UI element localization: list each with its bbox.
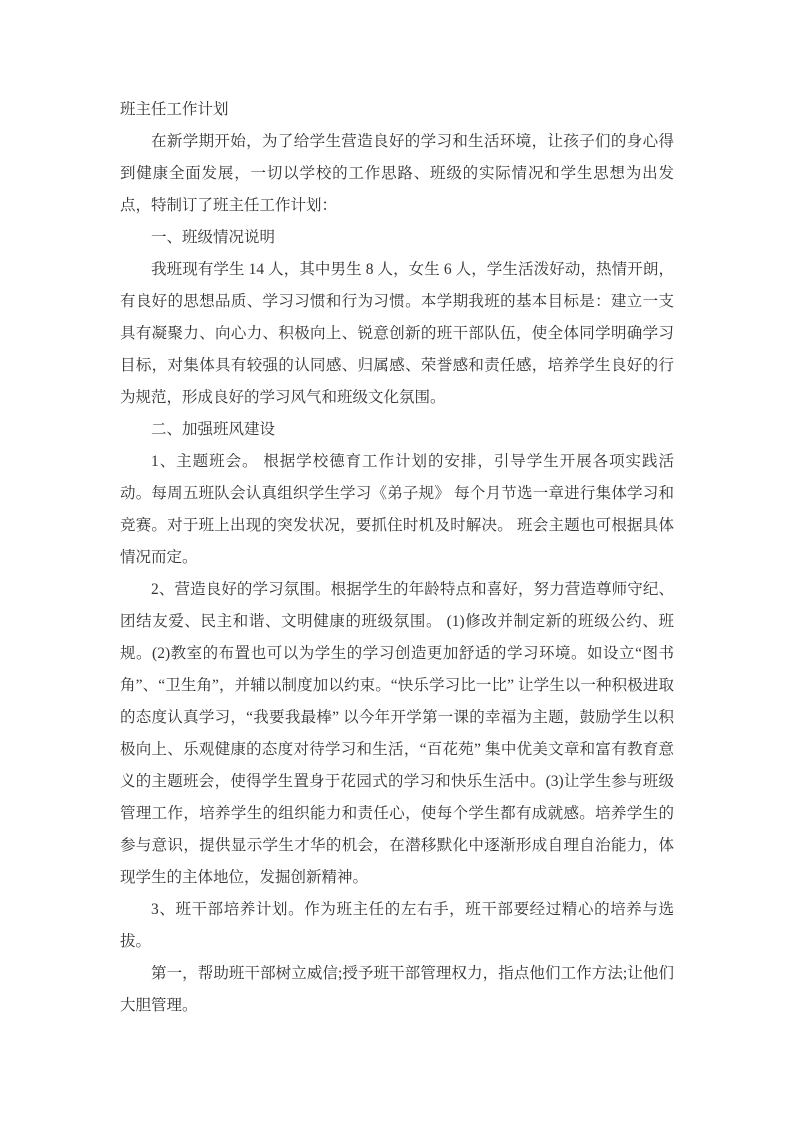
paragraph: 3、班干部培养计划。作为班主任的左右手，班干部要经过精心的培养与选拔。: [120, 894, 674, 958]
paragraph: 第一，帮助班干部树立威信;授予班干部管理权力，指点他们工作方法;让他们大胆管理。: [120, 958, 674, 1022]
section-heading: 二、加强班风建设: [120, 414, 674, 446]
paragraph: 我班现有学生 14 人，其中男生 8 人，女生 6 人，学生活泼好动，热情开朗，…: [120, 254, 674, 414]
section-heading: 一、班级情况说明: [120, 222, 674, 254]
document-page: 班主任工作计划 在新学期开始，为了给学生营造良好的学习和生活环境，让孩子们的身心…: [0, 0, 793, 1122]
document-title: 班主任工作计划: [120, 94, 674, 126]
document-content: 班主任工作计划 在新学期开始，为了给学生营造良好的学习和生活环境，让孩子们的身心…: [120, 94, 674, 1022]
paragraph: 在新学期开始，为了给学生营造良好的学习和生活环境，让孩子们的身心得到健康全面发展…: [120, 126, 674, 222]
document-body: 在新学期开始，为了给学生营造良好的学习和生活环境，让孩子们的身心得到健康全面发展…: [120, 126, 674, 1022]
paragraph: 2、营造良好的学习氛围。根据学生的年龄特点和喜好，努力营造尊师守纪、团结友爱、民…: [120, 574, 674, 894]
paragraph: 1、主题班会。 根据学校德育工作计划的安排，引导学生开展各项实践活动。每周五班队…: [120, 446, 674, 574]
